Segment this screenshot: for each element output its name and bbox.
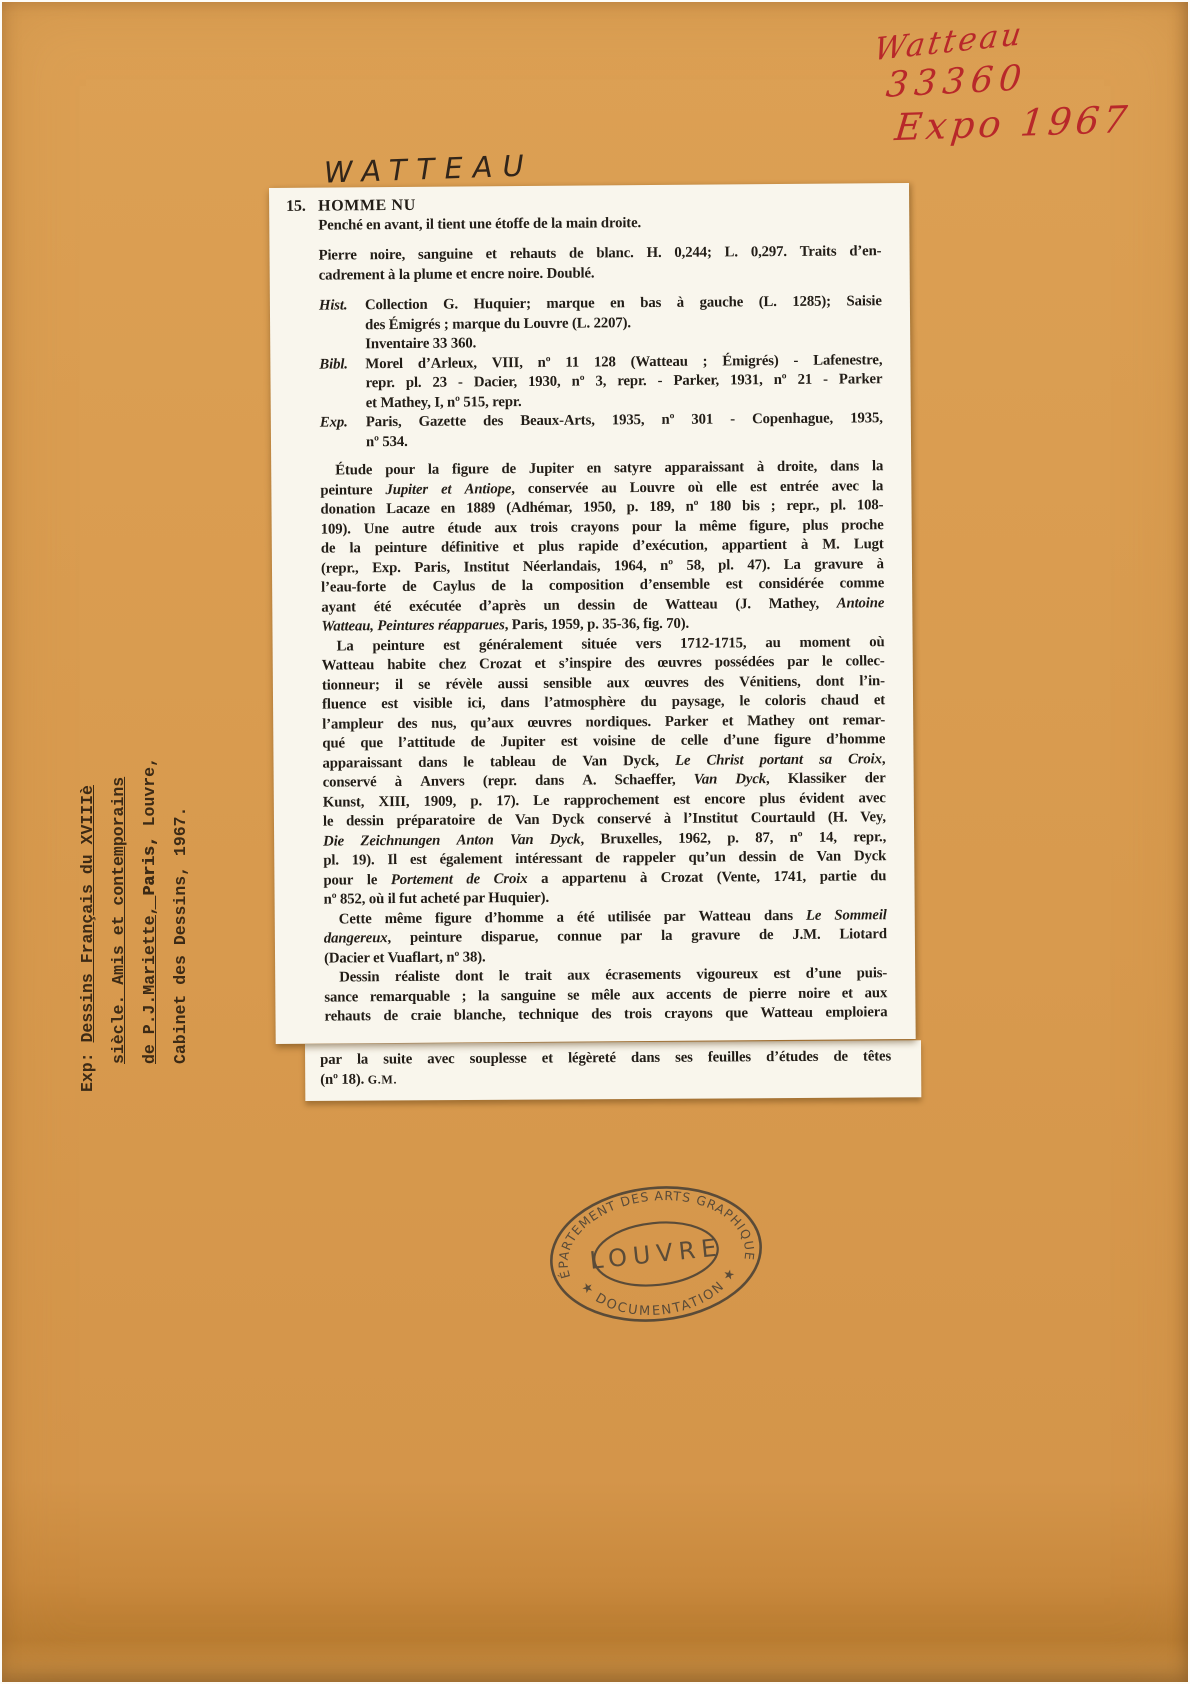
word: pl. (830, 496, 846, 516)
text-segment: crayons (664, 1006, 712, 1022)
text-segment: Anton (457, 832, 494, 848)
commentary-continuation: parlasuiteavecsouplesseetlégèretédansses… (320, 1047, 891, 1089)
paragraph: Cettemêmefigured’hommeaétéutiliséeparWat… (324, 906, 887, 969)
word: il (395, 675, 403, 695)
word: Néerlandais, (523, 557, 601, 577)
entry-number: 15. (286, 197, 306, 217)
word: (repr. (483, 772, 517, 792)
word: dans (830, 457, 859, 477)
word: p. (470, 792, 482, 812)
text-segment: trois (624, 1006, 652, 1022)
text-segment: - (730, 411, 735, 427)
word: fluence (322, 695, 366, 715)
text-segment: pl. (406, 375, 422, 391)
word: Van (515, 811, 540, 831)
word: ont (809, 711, 829, 731)
word: d’études (766, 1048, 818, 1068)
word: des (483, 412, 503, 432)
word: gravure (814, 555, 863, 575)
word: blanche, (454, 1006, 506, 1026)
word: d’ensemble (640, 576, 710, 596)
word: Watteau (665, 595, 718, 615)
word: 1950, (583, 498, 616, 518)
text-segment: est (673, 791, 690, 807)
text-segment: gravure (691, 927, 740, 943)
text-segment: Copenhague, (752, 411, 833, 428)
word: figure (452, 460, 489, 480)
text-segment: trait (525, 968, 552, 984)
word: crayons (664, 1005, 712, 1025)
text-segment: 1889 (466, 500, 495, 516)
text-line: repr.pl.23-Dacier,1930,nº3,repr.-Parker,… (365, 370, 882, 394)
text-segment: pour (323, 872, 353, 888)
word: Beaux-Arts, (520, 411, 595, 431)
word: VIII, (492, 354, 523, 374)
word: d’en- (849, 242, 881, 262)
side-label-line: Exp: Dessins Français du XVIIIè (72, 614, 103, 1092)
text-segment: L. (725, 244, 738, 260)
word: 58, (686, 556, 704, 576)
text-segment: 0,244; (674, 245, 711, 261)
text-segment: Inventaire 33 360. (365, 335, 476, 352)
word: 19). (352, 851, 375, 871)
word: conservé (597, 810, 651, 830)
text-segment: où (869, 634, 884, 650)
word: qu’aux (470, 714, 514, 734)
word: sa (819, 750, 832, 770)
word: 1931, (730, 371, 763, 391)
text-segment: Klassiker (788, 770, 847, 786)
word: de (491, 577, 506, 597)
word: 1935, (850, 409, 883, 429)
catalog-entry: Exp.Paris,GazettedesBeaux-Arts,1935,nº30… (320, 409, 883, 452)
word: (H. (828, 808, 848, 828)
word: - (793, 351, 798, 371)
word: Parker (839, 370, 883, 390)
word: 47). (747, 556, 770, 576)
word: été (577, 908, 595, 928)
folder-page: Watteau 33360 Expo 1967 WATTEAU 15. HOMM… (0, 0, 1190, 1684)
word: située (581, 635, 616, 655)
word: peinture (320, 481, 372, 501)
text-segment: 1962, (678, 830, 711, 846)
text-segment: utilisée (607, 909, 650, 925)
word: généralement (479, 635, 563, 655)
word: emploiera (825, 1003, 887, 1023)
word: 0,244; (674, 244, 711, 264)
word: par (664, 907, 686, 927)
text-segment: 58, (686, 557, 704, 573)
word: Sommeil (834, 906, 887, 926)
word: de (466, 870, 480, 890)
text-segment: conservé (323, 774, 377, 790)
text-segment: Watteau, Peintures réapparues (321, 617, 504, 634)
text-segment: de (569, 246, 584, 262)
catalog-entry: Bibl.Moreld’Arleux,VIII,nº11128(Watteau;… (319, 351, 882, 414)
text-segment: a (541, 870, 548, 886)
text-segment: dans (764, 907, 793, 923)
text-segment: dont (816, 673, 844, 689)
text-segment: est (726, 576, 743, 592)
text-segment: pierre (749, 985, 787, 1001)
text-segment: avec (832, 478, 859, 494)
word: la (349, 539, 360, 559)
word: de (723, 985, 738, 1005)
word: d’Arleux, (418, 354, 477, 374)
text-segment: voisine (593, 733, 636, 749)
text-segment: dangereux (324, 930, 388, 946)
text-segment: des (483, 413, 503, 429)
word: droite, (777, 458, 817, 478)
word: repr., (786, 497, 819, 517)
word: donation (320, 500, 375, 520)
text-segment: dans (535, 773, 564, 789)
text-segment: dessin (577, 597, 615, 613)
word: Louvre (630, 478, 675, 498)
text-segment: Anvers (420, 773, 464, 789)
word: appartenu (562, 869, 627, 889)
text-segment: 1964, (614, 558, 647, 574)
word: est (773, 965, 790, 985)
word: La (784, 555, 801, 575)
word: vers (636, 634, 662, 654)
word: Van (510, 830, 534, 850)
text-segment: sance (324, 989, 358, 1005)
text-segment: avec (858, 790, 885, 806)
text-segment: la (428, 462, 439, 478)
text-segment: plus (802, 517, 828, 533)
text-segment: œuvres (528, 714, 572, 730)
word: Anvers (420, 772, 464, 792)
text-segment: de (383, 1008, 398, 1024)
word: A. (582, 771, 596, 791)
word: trois (530, 518, 558, 538)
text-segment: dessin (346, 813, 384, 829)
text-segment: écrasements (605, 967, 681, 984)
side-label-line: siècle. Amis et contemporains (103, 614, 134, 1092)
text-segment: ici, (467, 695, 485, 711)
text-segment: rehauts (324, 1008, 370, 1024)
text-segment: préparatoire (396, 812, 475, 829)
text-segment: Paris, (140, 836, 159, 895)
text-segment: peinture (320, 482, 372, 498)
word: et (874, 691, 885, 711)
word: de (569, 245, 584, 265)
text-segment: appartenu (562, 870, 627, 887)
text-segment: figure (452, 461, 489, 477)
text-segment: trois (530, 519, 558, 535)
word: appartient (722, 536, 787, 556)
word: plus (802, 516, 828, 536)
word: Étude (335, 461, 372, 481)
word: 1935, (612, 411, 645, 431)
text-segment: p. (727, 830, 739, 846)
text-segment: suite (383, 1051, 412, 1067)
text-segment: puis- (857, 965, 888, 981)
word: s’inspire (559, 654, 612, 674)
text-segment: la (661, 928, 672, 944)
text-segment: Paris, (414, 559, 450, 575)
text-segment: 23 (432, 375, 447, 391)
side-label-line: Cabinet des Dessins, 1967. (165, 614, 196, 1092)
word: l’ampleur (322, 715, 383, 735)
word: nº (661, 411, 674, 431)
text-segment: Dacier, (474, 374, 517, 390)
word: même (385, 909, 422, 929)
text-segment: d’homme (826, 731, 885, 747)
text-segment: chez (439, 656, 466, 672)
text-segment: der (865, 770, 886, 786)
text-segment: marque (546, 295, 594, 311)
text-segment: d’Arleux, (418, 355, 477, 371)
text-segment: Mathey, (769, 595, 819, 611)
text-segment: remarquable (370, 988, 450, 1005)
word: du (640, 693, 656, 713)
text-segment: Parker (839, 371, 883, 387)
word: aux (494, 519, 517, 539)
word: 3, (595, 372, 606, 392)
word: dont (816, 672, 844, 692)
text-segment: Watteau (698, 908, 751, 924)
word: Christ (706, 751, 743, 771)
text-segment: moment (799, 634, 850, 650)
text-segment: 1950, (583, 499, 616, 515)
word: 128 (594, 353, 616, 373)
word: 1285); (792, 293, 831, 313)
text-segment: 14, (819, 829, 837, 845)
word: et (542, 1049, 553, 1069)
text-segment: à (664, 811, 671, 827)
text-segment: et (874, 692, 885, 708)
word: connue (557, 927, 601, 947)
text-segment: (L. (759, 294, 777, 310)
word: Mathey, (769, 594, 819, 614)
text-segment: est (410, 852, 427, 868)
text-segment: blanc. (596, 245, 633, 261)
word: nº (774, 371, 787, 391)
word: et (513, 538, 524, 558)
text-segment: repr., (853, 829, 886, 845)
word: préparatoire (396, 811, 475, 831)
word: remar- (842, 711, 885, 731)
text-segment: 180 (709, 498, 731, 514)
word: 23 (432, 374, 447, 394)
word: dessin (738, 848, 776, 868)
paragraph: Dessinréalistedontletraitauxécrasementsv… (324, 964, 887, 1027)
text-segment: conservée (528, 480, 588, 496)
word: le (822, 653, 833, 673)
word: sensible (543, 674, 591, 694)
text-segment: l’Institut (684, 810, 739, 826)
word: G. (443, 296, 458, 316)
text-segment: - (458, 374, 463, 390)
word: Watteau (322, 656, 375, 676)
text-segment: de (723, 986, 738, 1002)
text-segment: au (765, 634, 780, 650)
text-segment: légèreté (568, 1050, 616, 1066)
word: œuvres (528, 713, 572, 733)
word: XIII, (378, 792, 409, 812)
text-segment: partie (820, 868, 857, 884)
word: (J. (735, 595, 751, 615)
word: 1909, (424, 792, 457, 812)
word: Croix (494, 869, 528, 889)
word: M. (822, 536, 840, 556)
text-segment: un (543, 597, 559, 613)
word: plus (538, 538, 564, 558)
text-segment: Courtauld (751, 810, 816, 827)
word: est (673, 790, 690, 810)
word: ; (461, 987, 466, 1007)
text-segment: que (725, 1005, 748, 1021)
catalog-clipping: 15. HOMME NU Penché en avant, il tient u… (269, 183, 916, 1044)
text-segment: Jupiter (385, 481, 428, 497)
word: d’exécution, (632, 537, 707, 557)
word: de (595, 849, 610, 869)
text-segment: p. (470, 793, 482, 809)
text-segment: à (677, 295, 684, 311)
word: vigoureux (696, 965, 758, 985)
word: et (842, 984, 853, 1004)
text-segment: par (787, 654, 809, 670)
word: du (870, 867, 886, 887)
text-segment: ; (703, 353, 708, 369)
word: aux (567, 967, 590, 987)
text-segment: nº (774, 372, 787, 388)
word: également (440, 850, 503, 870)
word: autre (402, 519, 435, 539)
word: l’in- (859, 672, 885, 692)
text-segment: dans (418, 754, 447, 770)
text-segment: peinture (372, 637, 424, 653)
word: Dyck, (550, 830, 584, 850)
word: entrée (780, 477, 819, 497)
text-segment: têtes (863, 1048, 891, 1064)
word: intéressant (515, 850, 582, 870)
text-segment: (Dacier et Vuaflart, nº 38). (324, 949, 486, 966)
word: où (688, 478, 703, 498)
word: J.M. (792, 926, 820, 946)
text-segment: nº (572, 374, 585, 390)
text-segment: même (385, 910, 422, 926)
entry-header: 15. HOMME NU Penché en avant, il tient u… (318, 192, 881, 235)
text-segment: encore (704, 791, 745, 807)
word: l’atmosphère (544, 693, 625, 713)
text-segment: Jupiter (529, 461, 574, 477)
word: trait (525, 967, 552, 987)
word: par (787, 653, 809, 673)
word: mêle (591, 986, 620, 1006)
text-segment: Beaux-Arts, (520, 412, 595, 429)
word: Paris, (414, 558, 450, 578)
text-segment: souplesse (470, 1051, 527, 1067)
word: Liotard (839, 925, 887, 945)
text-segment: est (750, 479, 767, 495)
word: 14, (819, 828, 837, 848)
word: évident (799, 789, 844, 809)
text-segment: nº (661, 412, 674, 428)
text-segment: ; (461, 988, 466, 1004)
text-segment: Dyck (854, 848, 886, 864)
word: a (541, 869, 548, 889)
text-segment: a (557, 909, 564, 925)
text-segment: Antoine (837, 595, 885, 611)
word: 189, (649, 498, 674, 518)
word: 1930, (528, 373, 561, 393)
text-segment: Étude (335, 462, 372, 478)
word: dans (764, 906, 793, 926)
text-segment: s’inspire (559, 655, 612, 671)
word: la (872, 457, 883, 477)
word: exécutée (409, 597, 461, 617)
word: à (395, 773, 402, 793)
word: Antiope, (465, 480, 515, 500)
word: de (321, 539, 336, 559)
text-segment: de (321, 540, 336, 556)
word: pour (632, 517, 662, 537)
text-segment: de (633, 597, 648, 613)
text-segment: autre (402, 520, 435, 536)
word: des (397, 714, 417, 734)
text-segment: Van (694, 771, 718, 787)
word: celle (681, 732, 708, 752)
word: est (726, 575, 743, 595)
text-segment: M. (822, 537, 840, 553)
word: au (601, 479, 616, 499)
text-segment: d’une (806, 966, 842, 982)
word: écrasements (605, 966, 681, 986)
text-segment: ayant (321, 599, 356, 615)
word: rappeler (623, 849, 676, 869)
word: considérée (759, 575, 824, 595)
text-segment: qué (322, 735, 345, 751)
word: Bruxelles, (600, 829, 662, 849)
text-segment: sanguine (501, 987, 556, 1003)
text-segment: aux (494, 520, 517, 536)
word: souplesse (470, 1050, 527, 1070)
text-segment: Caylus (432, 578, 475, 594)
text-segment: vers (636, 635, 662, 651)
word: ; (771, 497, 776, 517)
word: Van (582, 752, 607, 772)
word: (repr., (321, 559, 359, 579)
text-segment: 1935, (612, 412, 645, 428)
text-segment: figure (774, 732, 811, 748)
text-segment: chaud (821, 692, 859, 708)
paragraph: ÉtudepourlafiguredeJupiterensatyreappara… (320, 457, 884, 637)
word: et (722, 712, 733, 732)
text-segment: emploiera (825, 1004, 887, 1020)
word: Saisie (846, 292, 881, 312)
text-segment: Pierre (318, 247, 356, 263)
word: collec- (845, 652, 884, 672)
text-segment: remar- (842, 712, 885, 728)
text-segment: le (367, 872, 378, 888)
text-segment: le (323, 814, 334, 830)
word: à (877, 555, 884, 575)
word: est (381, 695, 398, 715)
word: la (661, 927, 672, 947)
text-segment: qu’aux (470, 715, 514, 731)
word: coloris (765, 692, 806, 712)
text-segment: 1741, (773, 868, 806, 884)
word: bis (742, 497, 760, 517)
text-segment: Traits (800, 244, 837, 260)
text-segment: Van (582, 753, 607, 769)
word: 301 (691, 411, 713, 431)
text-segment: de (402, 579, 417, 595)
text-segment: exécutée (409, 598, 461, 614)
